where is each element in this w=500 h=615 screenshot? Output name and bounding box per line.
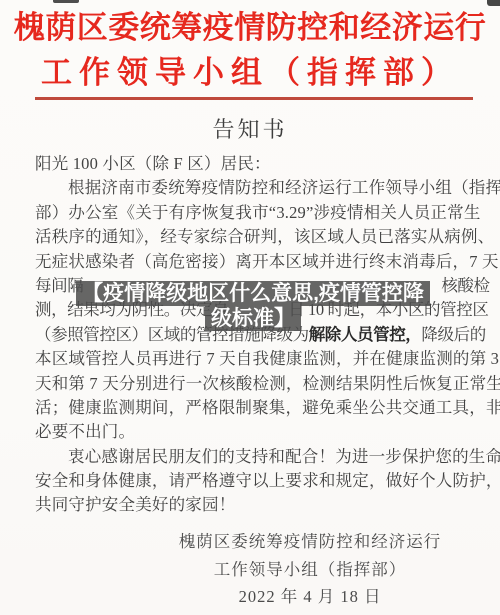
visible-fragment: 核酸检 bbox=[441, 276, 489, 295]
letterhead-line2: 工作领导小组（指挥部） bbox=[0, 50, 500, 95]
signature-org-line1: 槐荫区委统筹疫情防控和经济运行 bbox=[140, 528, 480, 556]
letterhead-line1: 槐荫区委统筹疫情防控和经济运行 bbox=[0, 5, 500, 50]
caption-line1: 【疫情降级地区什么意思,疫情管控降 bbox=[76, 281, 430, 306]
notice-document-photo: 槐荫区委统筹疫情防控和经济运行 工作领导小组（指挥部） 告知书 阳光 100 小… bbox=[0, 0, 500, 615]
body-line: 活；健康监测期间，严格限制聚集，避免乘坐公共交通工具，非 bbox=[35, 396, 490, 420]
body-line: 部）办公室《关于有序恢复我市“3.29”涉疫情相关人员正常生 bbox=[35, 201, 490, 225]
signature-date: 2022 年 4 月 18 日 bbox=[140, 583, 480, 611]
letterhead: 槐荫区委统筹疫情防控和经济运行 工作领导小组（指挥部） bbox=[0, 5, 500, 95]
body-line: 本区域管控人员再进行 7 天自我健康监测，并在健康监测的第 3 bbox=[35, 347, 490, 371]
body-line: 安全和身体健康，请严格遵守以上要求和规定，做好个人防护， bbox=[35, 469, 490, 493]
photo-artifact-top-left bbox=[53, 0, 79, 3]
caption-overlay: 【疫情降级地区什么意思,疫情管控降 级标准】 bbox=[68, 281, 438, 331]
signature-block: 槐荫区委统筹疫情防控和经济运行 工作领导小组（指挥部） 2022 年 4 月 1… bbox=[140, 528, 480, 611]
signature-org-line2: 工作领导小组（指挥部） bbox=[140, 556, 480, 584]
document-title: 告知书 bbox=[0, 113, 500, 144]
body-line: 根据济南市委统筹疫情防控和经济运行工作领导小组（指挥 bbox=[35, 176, 490, 200]
letterhead-divider bbox=[35, 97, 473, 100]
body-line: 活秩序的通知》，经专家综合研判，该区域人员已落实从病例、 bbox=[35, 225, 490, 249]
body-line: 天和第 7 天分别进行一次核酸检测，检测结果阴性后恢复正常生 bbox=[35, 372, 490, 396]
salutation-line: 阳光 100 小区（除 F 区）居民： bbox=[35, 152, 490, 176]
document-body: 阳光 100 小区（除 F 区）居民： 根据济南市委统筹疫情防控和经济运行工作领… bbox=[35, 152, 490, 518]
caption-line2: 级标准】 bbox=[205, 306, 301, 331]
body-line: 必要不出门。 bbox=[35, 420, 490, 444]
body-line: 共同守护安全美好的家园！ bbox=[35, 493, 490, 517]
body-line: 衷心感谢居民朋友们的支持和配合！为进一步保护您的生命 bbox=[35, 445, 490, 469]
body-line: 无症状感染者（高危密接）离开本区域并进行终末消毒后，7 天内 bbox=[35, 250, 490, 274]
